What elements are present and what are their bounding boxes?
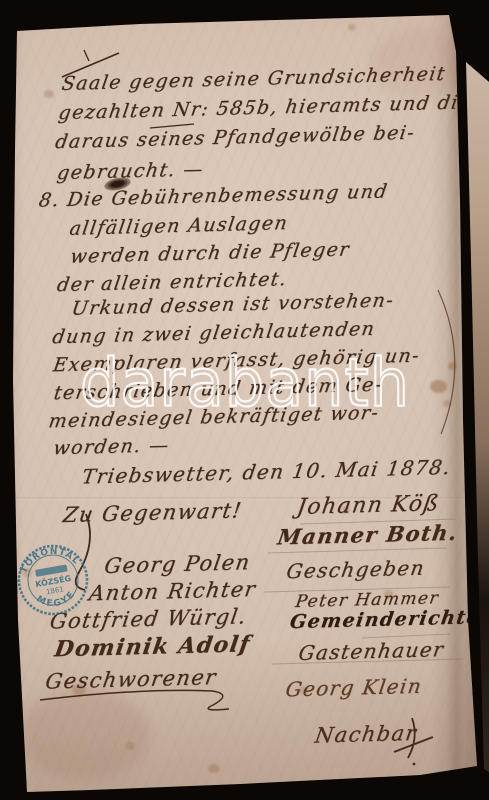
paragraph-slash-mark (62, 53, 119, 77)
signature-rule-lines (264, 519, 462, 664)
witness-x-mark (394, 718, 433, 765)
signature-flourish (40, 690, 229, 710)
darabanth-watermark: darabanth (80, 344, 410, 421)
margin-bracket-stroke (438, 290, 455, 434)
municipal-stamp: TORONTÁL MEGYE KÖZSÉG 1861 (8, 535, 98, 625)
paragraph-slash-tick (84, 50, 89, 61)
document-photo: Saale gegen seine Grundsicherheit gezahl… (0, 0, 489, 800)
number-underline (150, 124, 194, 128)
stamp-year-text: 1861 (45, 585, 64, 596)
